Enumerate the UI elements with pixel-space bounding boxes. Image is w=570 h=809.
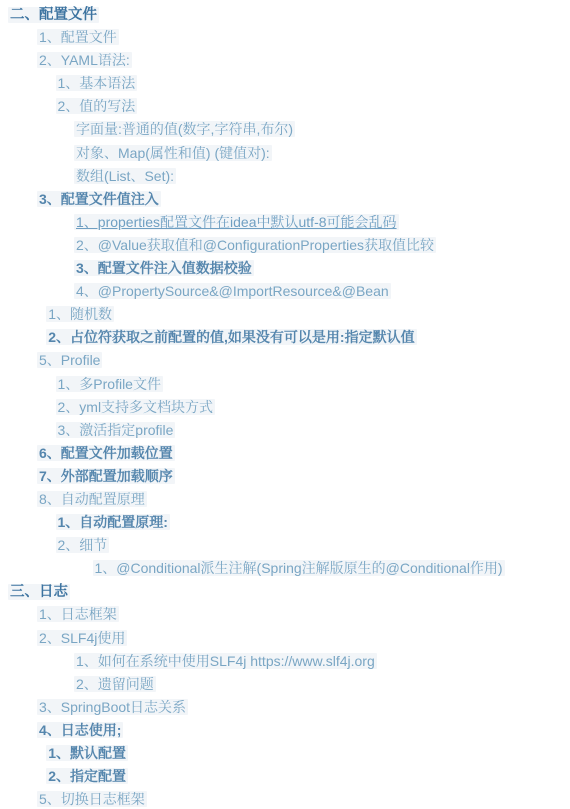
toc-item-label: 7、外部配置加载顺序: [37, 468, 175, 484]
toc-item-label: 1、如何在系统中使用SLF4j https://www.slf4j.org: [74, 653, 377, 669]
toc-item: 字面量:普通的值(数字,字符串,布尔): [0, 118, 570, 141]
toc-item-label: 1、自动配置原理:: [56, 514, 170, 530]
toc-item-label: 8、自动配置原理: [37, 491, 147, 507]
toc-item: 1、@Conditional派生注解(Spring注解版原生的@Conditio…: [0, 557, 570, 580]
toc-item-label: 4、日志使用;: [37, 722, 123, 738]
toc-item-label: 3、激活指定profile: [56, 422, 176, 438]
toc-item-label: 2、占位符获取之前配置的值,如果没有可以是用:指定默认值: [46, 329, 416, 345]
toc-item: 4、日志使用;: [0, 719, 570, 742]
section-heading: 三、日志: [0, 580, 570, 603]
toc-item-label: 对象、Map(属性和值) (键值对):: [74, 145, 272, 161]
toc-item-label: 4、@PropertySource&@ImportResource&@Bean: [74, 283, 391, 299]
toc-item-label: 1、配置文件: [37, 29, 119, 45]
toc-item-label: 2、细节: [56, 537, 110, 553]
toc-item-label: 2、值的写法: [56, 98, 138, 114]
toc-item-label: 6、配置文件加载位置: [37, 445, 175, 461]
toc-item: 2、指定配置: [0, 765, 570, 788]
toc-item-label: 5、切换日志框架: [37, 791, 147, 807]
toc-item: 8、自动配置原理: [0, 488, 570, 511]
section-heading: 二、配置文件: [0, 3, 570, 26]
toc-item-label: 1、基本语法: [56, 75, 138, 91]
toc-item-label: 2、yml支持多文档块方式: [56, 399, 216, 415]
toc-item-label: 1、默认配置: [46, 745, 128, 761]
toc-item: 2、细节: [0, 534, 570, 557]
toc-link-item: 1、properties配置文件在idea中默认utf-8可能会乱码: [0, 211, 570, 234]
toc-item-label: 1、多Profile文件: [56, 376, 163, 392]
toc-item-label: 3、配置文件注入值数据校验: [74, 260, 254, 276]
toc-item: 3、配置文件注入值数据校验: [0, 257, 570, 280]
toc-item-label: 3、SpringBoot日志关系: [37, 699, 188, 715]
toc-item: 1、随机数: [0, 303, 570, 326]
section-heading-label: 二、配置文件: [8, 7, 99, 23]
toc-item: 5、切换日志框架: [0, 788, 570, 809]
toc-item: 3、激活指定profile: [0, 419, 570, 442]
toc-item: 2、@Value获取值和@ConfigurationProperties获取值比…: [0, 234, 570, 257]
toc-item: 1、自动配置原理:: [0, 511, 570, 534]
toc-item: 5、Profile: [0, 349, 570, 372]
toc-item-label: 字面量:普通的值(数字,字符串,布尔): [74, 121, 295, 137]
toc-item-label: 2、遗留问题: [74, 676, 156, 692]
toc-item: 2、yml支持多文档块方式: [0, 396, 570, 419]
toc-item-label: 2、指定配置: [46, 768, 128, 784]
toc-item: 1、基本语法: [0, 72, 570, 95]
toc-item: 7、外部配置加载顺序: [0, 465, 570, 488]
toc-item: 2、SLF4j使用: [0, 627, 570, 650]
toc-item: 4、@PropertySource&@ImportResource&@Bean: [0, 280, 570, 303]
toc-item: 1、日志框架: [0, 603, 570, 626]
document-outline: 二、配置文件1、配置文件2、YAML语法:1、基本语法2、值的写法字面量:普通的…: [0, 0, 570, 809]
toc-item-label: 1、日志框架: [37, 606, 119, 622]
toc-item-label: 5、Profile: [37, 352, 102, 368]
toc-item-label: 2、SLF4j使用: [37, 630, 127, 646]
toc-item: 1、默认配置: [0, 742, 570, 765]
section-heading-label: 三、日志: [8, 584, 70, 600]
toc-item-label: 2、YAML语法:: [37, 52, 132, 68]
toc-item: 1、配置文件: [0, 26, 570, 49]
toc-item: 数组(List、Set):: [0, 165, 570, 188]
toc-item: 1、多Profile文件: [0, 373, 570, 396]
toc-item-label: 数组(List、Set):: [74, 168, 176, 184]
toc-item: 2、值的写法: [0, 95, 570, 118]
toc-item: 6、配置文件加载位置: [0, 442, 570, 465]
toc-item: 2、遗留问题: [0, 673, 570, 696]
toc-item: 对象、Map(属性和值) (键值对):: [0, 142, 570, 165]
toc-item-label: 2、@Value获取值和@ConfigurationProperties获取值比…: [74, 237, 436, 253]
toc-item-label: 3、配置文件值注入: [37, 191, 161, 207]
toc-item: 2、YAML语法:: [0, 49, 570, 72]
toc-item: 2、占位符获取之前配置的值,如果没有可以是用:指定默认值: [0, 326, 570, 349]
toc-item: 1、如何在系统中使用SLF4j https://www.slf4j.org: [0, 650, 570, 673]
toc-item: 3、配置文件值注入: [0, 188, 570, 211]
toc-link-label[interactable]: 1、properties配置文件在idea中默认utf-8可能会乱码: [74, 214, 399, 230]
toc-item-label: 1、随机数: [46, 306, 114, 322]
toc-item-label: 1、@Conditional派生注解(Spring注解版原生的@Conditio…: [93, 560, 505, 576]
toc-item: 3、SpringBoot日志关系: [0, 696, 570, 719]
